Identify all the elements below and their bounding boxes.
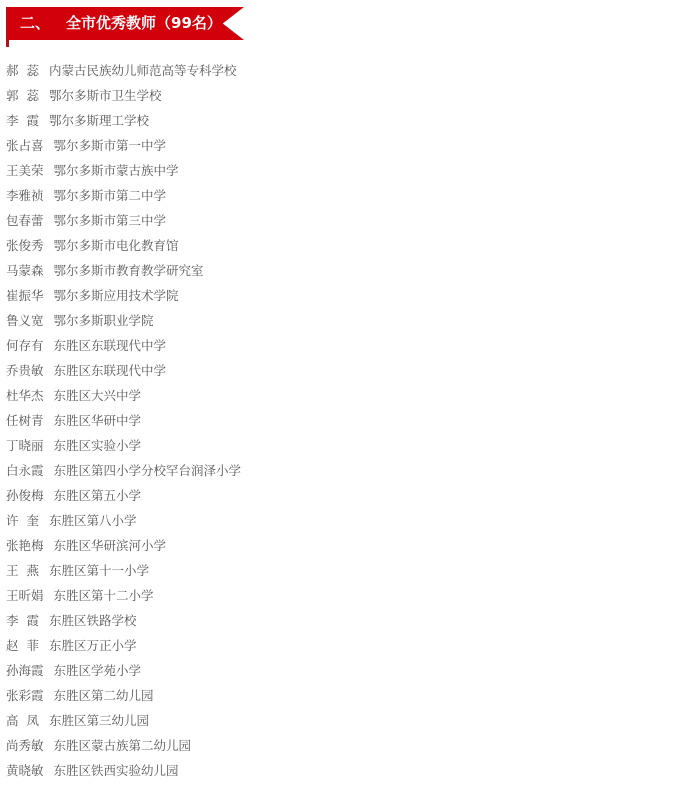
- teacher-unit: 东胜区华研滨河小学: [54, 538, 167, 553]
- teacher-name: 白永霞: [6, 458, 44, 483]
- list-item: 孙海霞东胜区学苑小学: [6, 658, 241, 683]
- teacher-unit: 鄂尔多斯市第一中学: [54, 138, 167, 153]
- list-item: 张彩霞东胜区第二幼儿园: [6, 683, 241, 708]
- teacher-name: 李 霞: [6, 108, 39, 133]
- teacher-name: 马蒙森: [6, 258, 44, 283]
- banner-ribbon: 二、全市优秀教师（99名）: [8, 7, 244, 40]
- teacher-name: 张彩霞: [6, 683, 44, 708]
- list-item: 马蒙森鄂尔多斯市教育教学研究室: [6, 258, 241, 283]
- teacher-name: 乔贵敏: [6, 358, 44, 383]
- teacher-unit: 内蒙古民族幼儿师范高等专科学校: [49, 63, 237, 78]
- teacher-unit: 东胜区第五小学: [54, 488, 142, 503]
- list-item: 李雅祯鄂尔多斯市第二中学: [6, 183, 241, 208]
- list-item: 李 霞鄂尔多斯理工学校: [6, 108, 241, 133]
- teacher-name: 张占喜: [6, 133, 44, 158]
- list-item: 郭 蕊鄂尔多斯市卫生学校: [6, 83, 241, 108]
- section-title: 全市优秀教师（99名）: [66, 14, 222, 32]
- list-item: 乔贵敏东胜区东联现代中学: [6, 358, 241, 383]
- list-item: 郝 蕊内蒙古民族幼儿师范高等专科学校: [6, 58, 241, 83]
- teacher-name: 赵 菲: [6, 633, 39, 658]
- list-item: 王 燕东胜区第十一小学: [6, 558, 241, 583]
- teacher-name: 崔振华: [6, 283, 44, 308]
- teacher-unit: 东胜区蒙古族第二幼儿园: [54, 738, 192, 753]
- teacher-unit: 东胜区第三幼儿园: [49, 713, 149, 728]
- teacher-unit: 鄂尔多斯市蒙古族中学: [54, 163, 179, 178]
- teacher-list: 郝 蕊内蒙古民族幼儿师范高等专科学校郭 蕊鄂尔多斯市卫生学校李 霞鄂尔多斯理工学…: [6, 58, 241, 783]
- list-item: 丁晓丽东胜区实验小学: [6, 433, 241, 458]
- section-heading: 二、全市优秀教师（99名）: [20, 7, 222, 40]
- list-item: 张艳梅东胜区华研滨河小学: [6, 533, 241, 558]
- section-banner: 二、全市优秀教师（99名）: [6, 7, 246, 48]
- teacher-name: 何存有: [6, 333, 44, 358]
- list-item: 李 霞东胜区铁路学校: [6, 608, 241, 633]
- teacher-unit: 东胜区万正小学: [49, 638, 137, 653]
- list-item: 何存有东胜区东联现代中学: [6, 333, 241, 358]
- teacher-unit: 鄂尔多斯应用技术学院: [54, 288, 179, 303]
- teacher-unit: 东胜区东联现代中学: [54, 363, 167, 378]
- list-item: 任树青东胜区华研中学: [6, 408, 241, 433]
- list-item: 张俊秀鄂尔多斯市电化教育馆: [6, 233, 241, 258]
- teacher-name: 李雅祯: [6, 183, 44, 208]
- teacher-unit: 鄂尔多斯理工学校: [49, 113, 149, 128]
- list-item: 王昕娟东胜区第十二小学: [6, 583, 241, 608]
- teacher-name: 孙海霞: [6, 658, 44, 683]
- teacher-unit: 鄂尔多斯市卫生学校: [49, 88, 162, 103]
- teacher-unit: 东胜区东联现代中学: [54, 338, 167, 353]
- teacher-unit: 东胜区铁路学校: [49, 613, 137, 628]
- teacher-name: 郭 蕊: [6, 83, 39, 108]
- teacher-unit: 鄂尔多斯市第二中学: [54, 188, 167, 203]
- teacher-name: 王 燕: [6, 558, 39, 583]
- teacher-name: 杜华杰: [6, 383, 44, 408]
- list-item: 许 奎东胜区第八小学: [6, 508, 241, 533]
- teacher-unit: 东胜区第二幼儿园: [54, 688, 154, 703]
- teacher-name: 张艳梅: [6, 533, 44, 558]
- teacher-name: 许 奎: [6, 508, 39, 533]
- teacher-unit: 东胜区铁西实验幼儿园: [54, 763, 179, 778]
- teacher-name: 高 凤: [6, 708, 39, 733]
- teacher-unit: 东胜区实验小学: [54, 438, 142, 453]
- teacher-name: 黄晓敏: [6, 758, 44, 783]
- teacher-name: 鲁义宽: [6, 308, 44, 333]
- list-item: 张占喜鄂尔多斯市第一中学: [6, 133, 241, 158]
- list-item: 包春蕾鄂尔多斯市第三中学: [6, 208, 241, 233]
- teacher-unit: 东胜区第四小学分校罕台润泽小学: [54, 463, 242, 478]
- teacher-name: 王美荣: [6, 158, 44, 183]
- teacher-unit: 鄂尔多斯职业学院: [54, 313, 154, 328]
- teacher-unit: 东胜区学苑小学: [54, 663, 142, 678]
- teacher-unit: 鄂尔多斯市电化教育馆: [54, 238, 179, 253]
- teacher-unit: 东胜区第十一小学: [49, 563, 149, 578]
- teacher-unit: 东胜区大兴中学: [54, 388, 142, 403]
- list-item: 崔振华鄂尔多斯应用技术学院: [6, 283, 241, 308]
- list-item: 高 凤东胜区第三幼儿园: [6, 708, 241, 733]
- teacher-name: 包春蕾: [6, 208, 44, 233]
- list-item: 赵 菲东胜区万正小学: [6, 633, 241, 658]
- teacher-unit: 鄂尔多斯市第三中学: [54, 213, 167, 228]
- list-item: 孙俊梅东胜区第五小学: [6, 483, 241, 508]
- list-item: 尚秀敏东胜区蒙古族第二幼儿园: [6, 733, 241, 758]
- teacher-name: 丁晓丽: [6, 433, 44, 458]
- teacher-unit: 东胜区第十二小学: [54, 588, 154, 603]
- teacher-name: 王昕娟: [6, 583, 44, 608]
- list-item: 鲁义宽鄂尔多斯职业学院: [6, 308, 241, 333]
- teacher-unit: 东胜区第八小学: [49, 513, 137, 528]
- teacher-name: 李 霞: [6, 608, 39, 633]
- teacher-name: 任树青: [6, 408, 44, 433]
- list-item: 王美荣鄂尔多斯市蒙古族中学: [6, 158, 241, 183]
- section-number: 二、: [20, 14, 50, 32]
- teacher-unit: 鄂尔多斯市教育教学研究室: [54, 263, 204, 278]
- teacher-name: 孙俊梅: [6, 483, 44, 508]
- teacher-name: 尚秀敏: [6, 733, 44, 758]
- teacher-name: 郝 蕊: [6, 58, 39, 83]
- list-item: 白永霞东胜区第四小学分校罕台润泽小学: [6, 458, 241, 483]
- teacher-name: 张俊秀: [6, 233, 44, 258]
- list-item: 杜华杰东胜区大兴中学: [6, 383, 241, 408]
- teacher-unit: 东胜区华研中学: [54, 413, 142, 428]
- list-item: 黄晓敏东胜区铁西实验幼儿园: [6, 758, 241, 783]
